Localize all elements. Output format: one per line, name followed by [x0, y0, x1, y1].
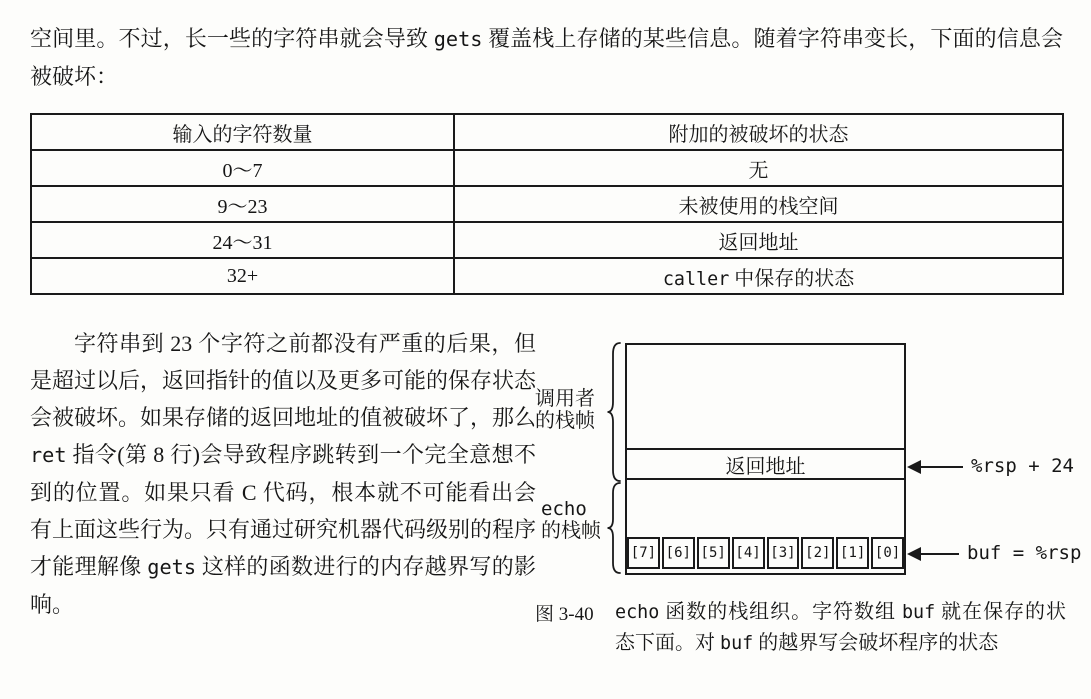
- table-row: 32+ caller 中保存的状态: [31, 258, 1063, 294]
- col-header-input-chars: 输入的字符数量: [31, 114, 454, 150]
- text-segment: 的越界写会破坏程序的状态: [753, 632, 998, 654]
- figure-caption-text: echo 函数的栈组织。字符数组 buf 就在保存的状态下面。对 buf 的越界…: [615, 597, 1066, 659]
- buf-cell-2: [2]: [801, 537, 834, 569]
- caller-frame-label-line2: 的栈帧: [535, 410, 595, 432]
- inline-code-gets: gets: [147, 555, 196, 579]
- corruption-table: 输入的字符数量 附加的被破坏的状态 0～7 无 9～23 未被使用的栈空间 24…: [30, 113, 1064, 295]
- table-row: 9～23 未被使用的栈空间: [31, 186, 1063, 222]
- text-segment: 函数的栈组织。字符数组: [659, 601, 902, 623]
- table-header-row: 输入的字符数量 附加的被破坏的状态: [31, 114, 1063, 150]
- caller-frame-area: [627, 345, 904, 450]
- inline-code-gets: gets: [434, 27, 483, 51]
- text-segment: 无: [749, 160, 769, 182]
- buf-cell-3: [3]: [767, 537, 800, 569]
- buf-cell-1: [1]: [836, 537, 869, 569]
- text-segment: 中保存的状态: [729, 268, 854, 290]
- cell-char-range: 24～31: [31, 222, 454, 258]
- cell-corrupted-state: 返回地址: [454, 222, 1063, 258]
- inline-code-buf: buf: [720, 633, 753, 654]
- intro-paragraph: 空间里。不过，长一些的字符串就会导致 gets 覆盖栈上存储的某些信息。随着字符…: [30, 20, 1063, 95]
- echo-frame-label: echo 的栈帧: [541, 498, 601, 542]
- caller-brace: [607, 341, 623, 483]
- stack-diagram: 调用者 的栈帧 echo 的栈帧 返回地址 [7] [6] [5] [4] [3…: [535, 335, 1091, 587]
- buf-array-row: [7] [6] [5] [4] [3] [2] [1] [0]: [627, 537, 904, 569]
- inline-code-echo: echo: [615, 602, 659, 623]
- buf-cell-6: [6]: [662, 537, 695, 569]
- figure-number: 图 3-40: [535, 597, 601, 659]
- cell-char-range: 9～23: [31, 186, 454, 222]
- table-row: 0～7 无: [31, 150, 1063, 186]
- stack-frame-box: 返回地址 [7] [6] [5] [4] [3] [2] [1] [0]: [625, 343, 906, 575]
- text-segment: 返回地址: [719, 232, 799, 254]
- buf-pointer-label: buf = %rsp: [967, 542, 1081, 564]
- cell-char-range: 0～7: [31, 150, 454, 186]
- buf-pointer-arrow-icon: [909, 553, 959, 555]
- col-header-corrupted-state: 附加的被破坏的状态: [454, 114, 1063, 150]
- echo-frame-label-line2: 的栈帧: [541, 520, 601, 542]
- cell-corrupted-state: caller 中保存的状态: [454, 258, 1063, 294]
- inline-code-caller: caller: [663, 269, 729, 290]
- buf-cell-4: [4]: [732, 537, 765, 569]
- text-segment: 未被使用的栈空间: [679, 196, 839, 218]
- rsp-offset-arrow-icon: [909, 466, 963, 468]
- inline-code-buf: buf: [902, 602, 935, 623]
- buf-cell-0: [0]: [871, 537, 904, 569]
- inline-code-ret: ret: [30, 443, 67, 467]
- caller-frame-label: 调用者 的栈帧: [535, 388, 595, 432]
- caller-frame-label-line1: 调用者: [535, 388, 595, 410]
- text-segment: 字符串到 23 个字符之前都没有严重的后果，但是超过以后，返回指针的值以及更多可…: [30, 331, 536, 430]
- echo-brace: [607, 481, 623, 575]
- cell-char-range: 32+: [31, 258, 454, 294]
- table-row: 24～31 返回地址: [31, 222, 1063, 258]
- body-paragraph: 字符串到 23 个字符之前都没有严重的后果，但是超过以后，返回指针的值以及更多可…: [30, 325, 536, 623]
- figure-caption: 图 3-40 echo 函数的栈组织。字符数组 buf 就在保存的状态下面。对 …: [535, 597, 1066, 659]
- buf-cell-7: [7]: [627, 537, 660, 569]
- echo-frame-label-line1: echo: [541, 498, 601, 520]
- cell-corrupted-state: 无: [454, 150, 1063, 186]
- return-address-slot: 返回地址: [627, 450, 904, 480]
- text-segment: 空间里。不过，长一些的字符串就会导致: [30, 26, 434, 51]
- book-page: 空间里。不过，长一些的字符串就会导致 gets 覆盖栈上存储的某些信息。随着字符…: [0, 0, 1091, 699]
- echo-frame-area: [627, 480, 904, 537]
- rsp-offset-label: %rsp + 24: [971, 455, 1074, 477]
- return-address-label: 返回地址: [726, 450, 806, 479]
- buf-cell-5: [5]: [697, 537, 730, 569]
- cell-corrupted-state: 未被使用的栈空间: [454, 186, 1063, 222]
